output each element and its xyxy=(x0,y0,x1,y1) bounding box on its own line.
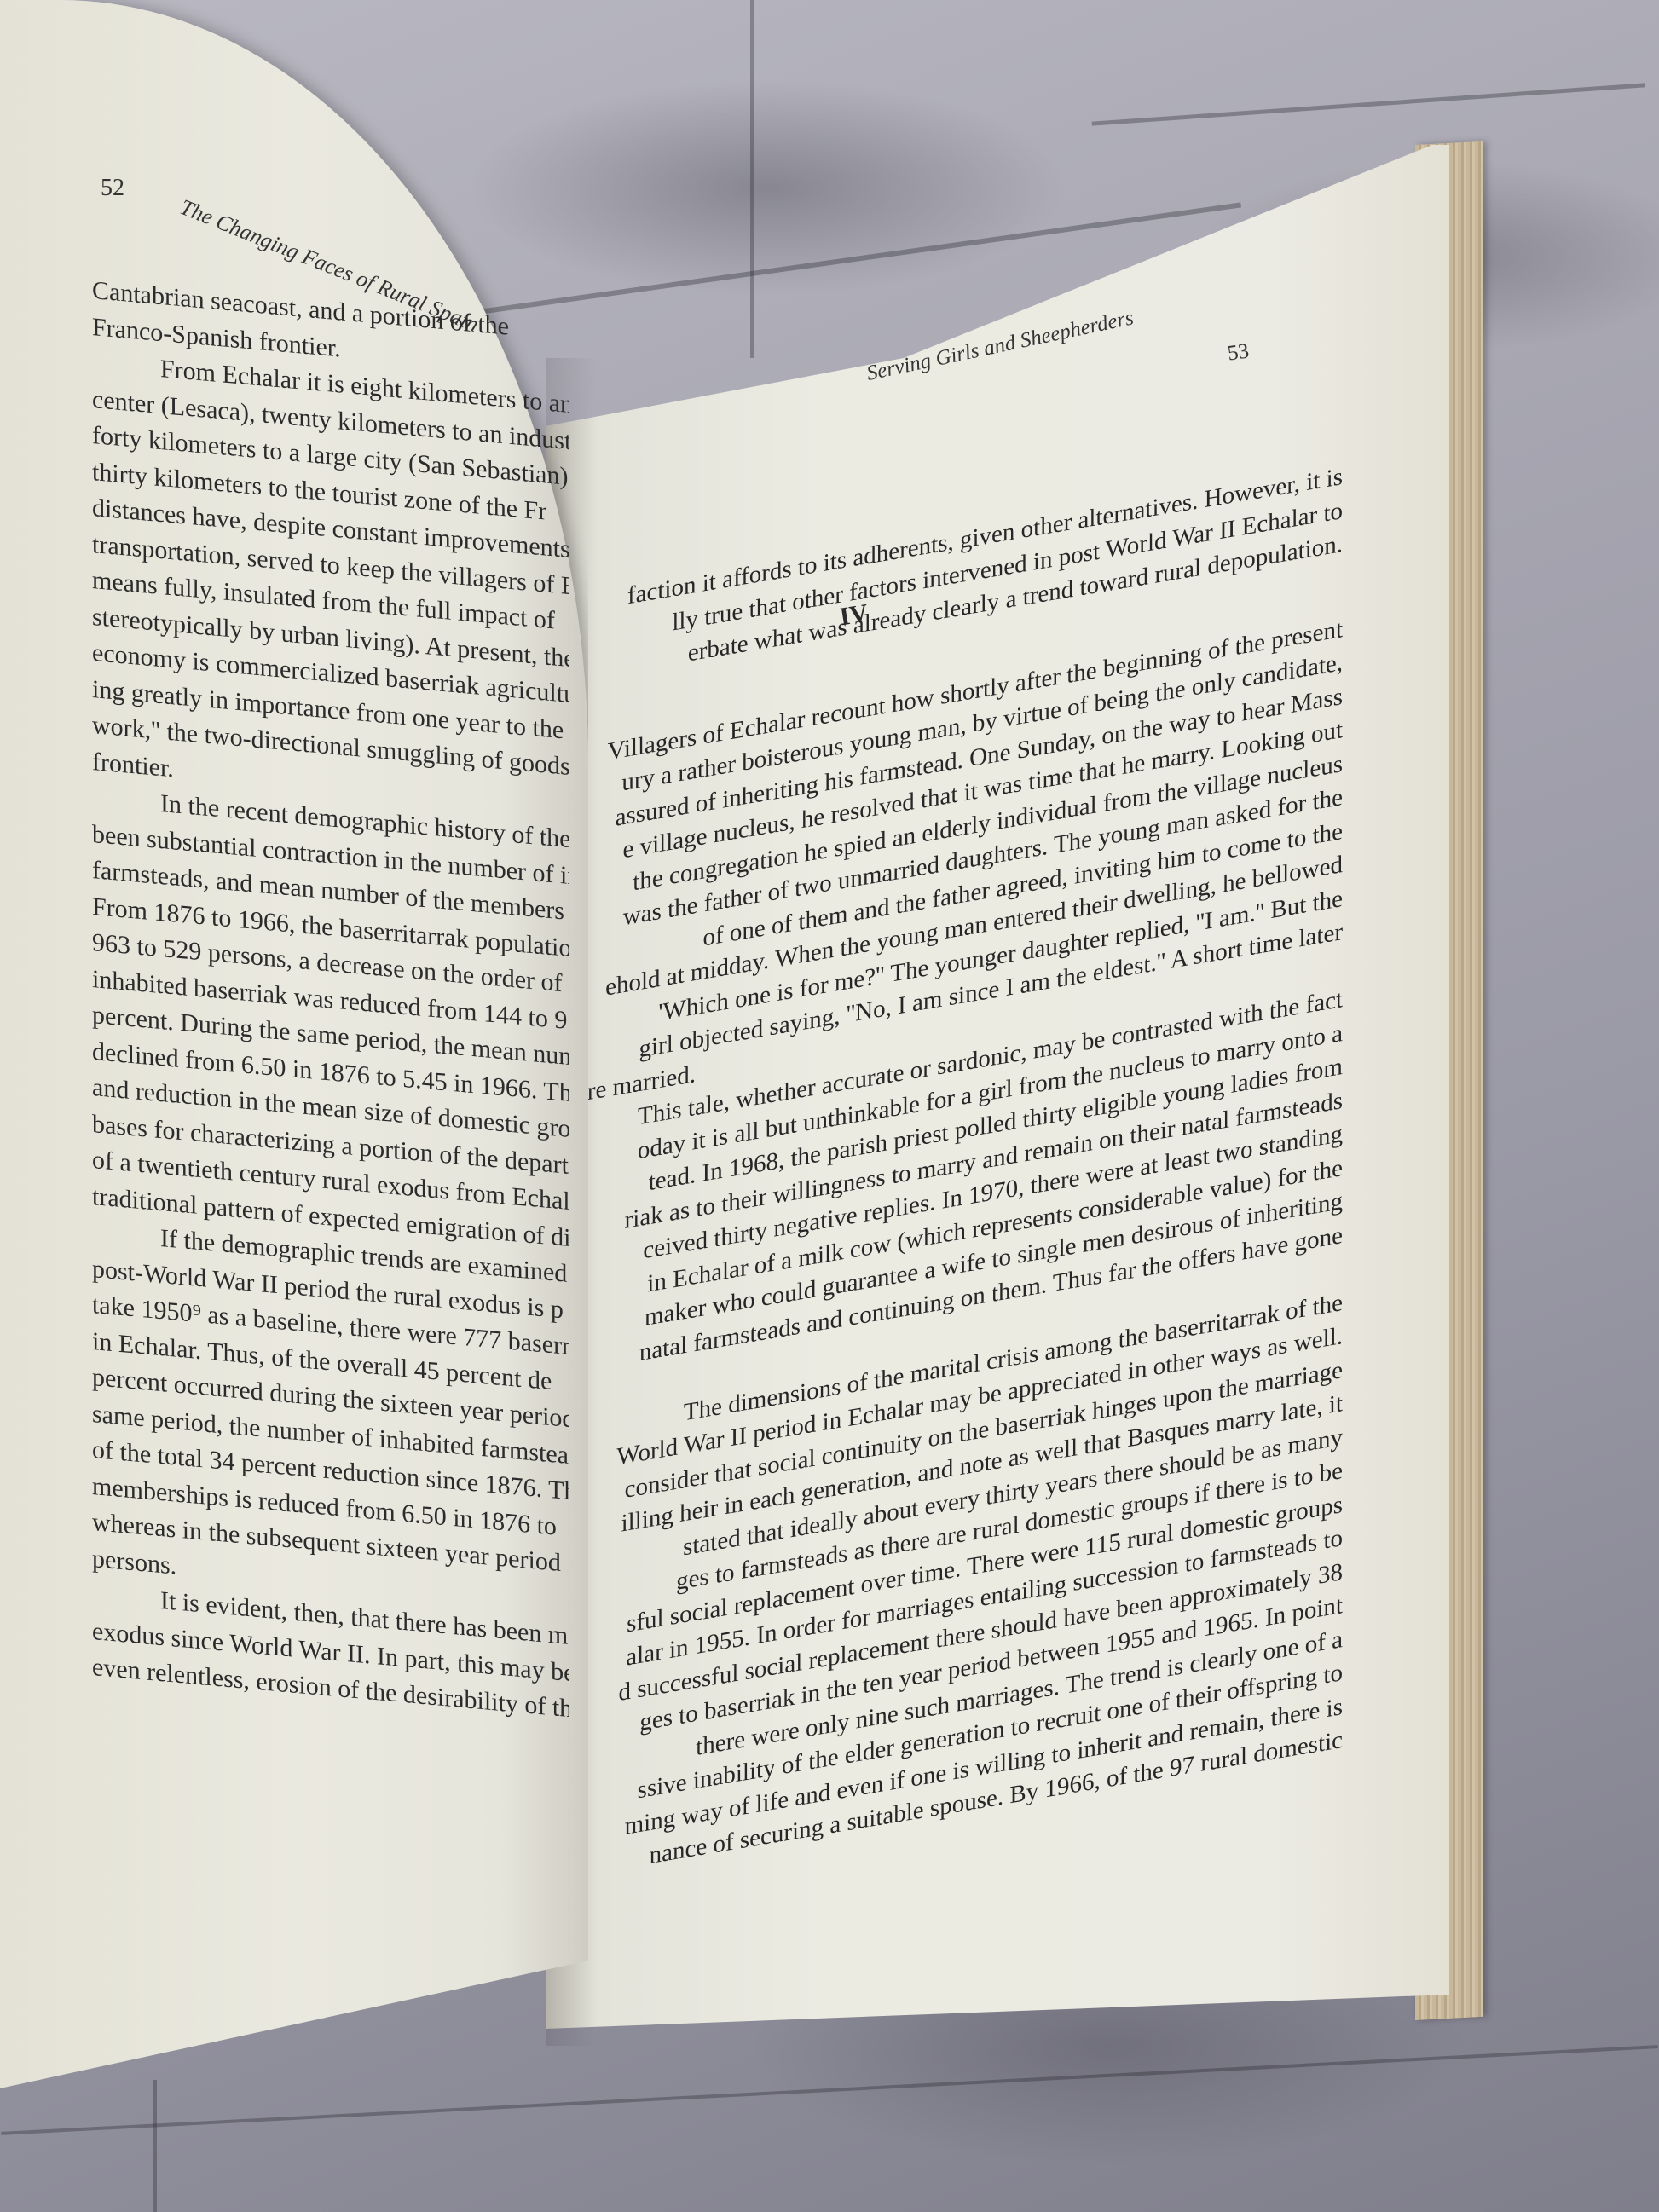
right-page-body: faction it affords to its adherents, giv… xyxy=(558,460,1343,1888)
mortar-line xyxy=(1,2045,1658,2135)
mortar-line xyxy=(1092,83,1645,125)
page-number-right: 53 xyxy=(1226,339,1251,366)
mortar-line xyxy=(153,2080,157,2212)
page-number-left: 52 xyxy=(101,175,124,202)
mortar-line xyxy=(750,0,754,358)
left-page-body: Cantabrian seacoast, and a portion of th… xyxy=(92,273,569,1727)
